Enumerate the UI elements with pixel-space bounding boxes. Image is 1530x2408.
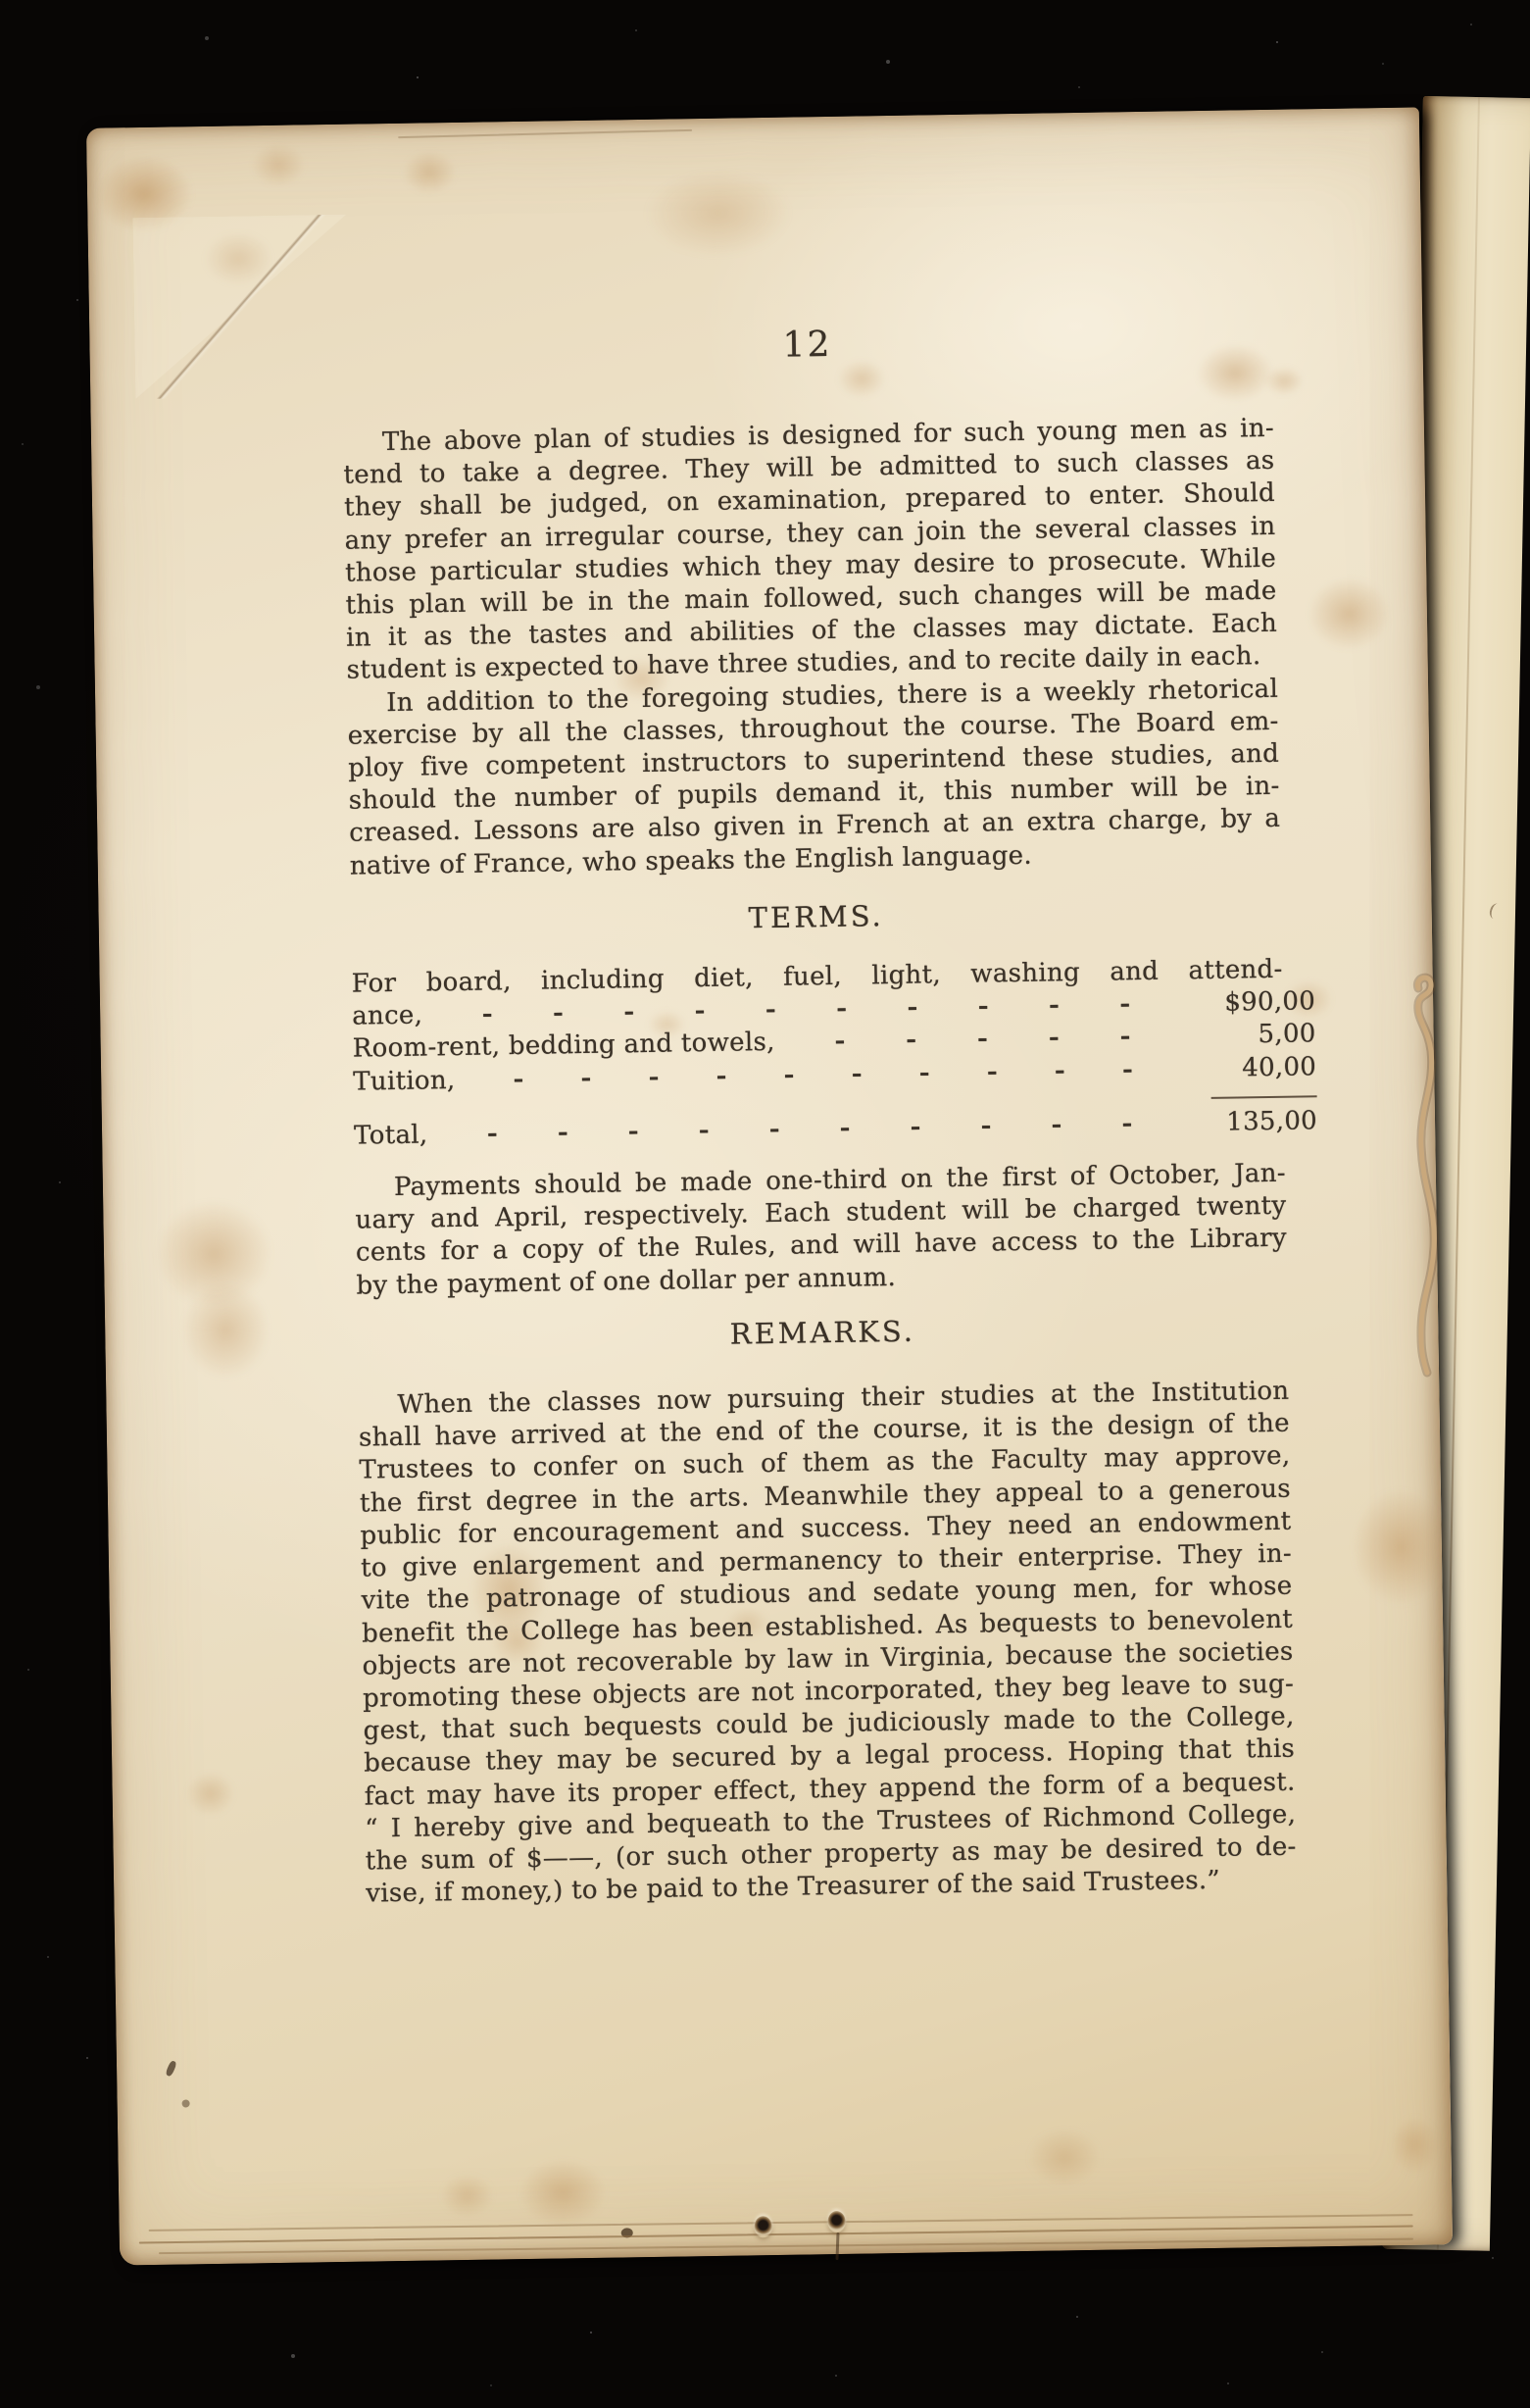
- foxing-stain: [1390, 2115, 1440, 2175]
- stitch-hole-tail: [835, 2232, 839, 2260]
- foxing-stain: [1351, 1487, 1451, 1607]
- foxing-stain: [251, 142, 306, 187]
- foxing-stain: [440, 2174, 495, 2219]
- leader-dash: -: [768, 1116, 780, 1143]
- terms-row-label: ance,: [352, 1000, 422, 1033]
- photograph-scene: 12 The above plan of studies is designed…: [0, 0, 1530, 2408]
- leader-dash: -: [987, 1058, 999, 1085]
- leader-dash: -: [716, 1063, 727, 1090]
- terms-row-label: Tuition,: [353, 1065, 456, 1099]
- terms-row-price: 135,00: [1188, 1105, 1318, 1139]
- leader-dash: -: [978, 993, 990, 1021]
- paragraph-additional-studies: In addition to the foregoing studies, th…: [347, 673, 1281, 882]
- leader-dash: -: [834, 1028, 846, 1056]
- page-content: 12 The above plan of studies is designed…: [341, 321, 1297, 1911]
- top-edge-crease: [398, 129, 692, 138]
- terms-row: Total,----------135,00: [354, 1105, 1317, 1153]
- leader-dash: -: [694, 998, 706, 1026]
- leader-dash: -: [1051, 1112, 1062, 1139]
- leader-dash: -: [852, 1061, 864, 1088]
- leader-dash: -: [623, 999, 635, 1027]
- leader-dash: -: [1119, 1024, 1131, 1051]
- stitch-hole: [754, 2216, 771, 2237]
- foxing-stain: [1307, 577, 1391, 651]
- leader-dash: -: [1122, 1056, 1134, 1083]
- foxing-stain: [180, 1280, 271, 1380]
- terms-row-price: 5,00: [1186, 1019, 1316, 1053]
- page-number: 12: [341, 321, 1272, 371]
- foxing-stain: [644, 169, 792, 259]
- corner-crease: [132, 215, 349, 399]
- stitch-hole: [827, 2211, 845, 2232]
- terms-total-row: Total,----------135,00: [354, 1105, 1317, 1153]
- remarks-heading: REMARKS.: [357, 1310, 1288, 1357]
- leader-dash: -: [648, 1064, 660, 1091]
- leader-dash: -: [906, 1028, 917, 1055]
- leader-dash: -: [836, 995, 848, 1023]
- foxing-stain: [154, 1199, 273, 1309]
- ink-fleck: [182, 2099, 190, 2107]
- leader-dash: -: [765, 997, 777, 1025]
- terms-table: For board, including diet, fuel, light, …: [351, 953, 1317, 1152]
- terms-row-price: $90,00: [1186, 985, 1316, 1020]
- paragraph-plan-of-studies: The above plan of studies is designed fo…: [343, 413, 1278, 688]
- leader-dash: -: [977, 1026, 989, 1053]
- leader-dash: -: [513, 1066, 524, 1093]
- leader-dash: -: [553, 1000, 565, 1028]
- book-page: 12 The above plan of studies is designed…: [86, 107, 1453, 2265]
- paragraph-remarks: When the classes now pursuing their stud…: [358, 1376, 1297, 1911]
- pen-mark: [1488, 902, 1504, 921]
- leader-dash: -: [839, 1115, 851, 1142]
- foxing-stain: [185, 1772, 235, 1817]
- leader-dash: -: [1121, 1111, 1133, 1138]
- dust-specks: [0, 0, 2, 2]
- terms-row-price: 40,00: [1187, 1051, 1317, 1085]
- leader-dash: -: [1055, 1057, 1066, 1084]
- leader-dash: -: [699, 1117, 711, 1144]
- leader-dash: -: [783, 1062, 795, 1089]
- leader-dash: -: [487, 1121, 499, 1148]
- leader-dash: -: [558, 1120, 569, 1147]
- total-rule: [1211, 1095, 1317, 1099]
- leader-dash: -: [910, 1114, 921, 1141]
- leader-dash: -: [580, 1065, 592, 1092]
- leader-dash: -: [628, 1118, 640, 1145]
- terms-heading: TERMS.: [350, 894, 1281, 941]
- leader-dash: -: [482, 1001, 494, 1028]
- foxing-stain: [1027, 2128, 1102, 2187]
- paragraph-payments: Payments should be made one-third on the…: [355, 1158, 1288, 1303]
- leader-dash: -: [1049, 1025, 1061, 1052]
- leader-dash: -: [907, 994, 918, 1022]
- leader-dash: -: [919, 1060, 931, 1087]
- leader-dash: -: [1119, 991, 1131, 1019]
- leader-dash: -: [980, 1113, 992, 1140]
- foxing-stain: [402, 150, 457, 195]
- foxing-stain: [518, 2158, 608, 2228]
- terms-row-label: Total,: [354, 1119, 428, 1152]
- terms-rows: ance,----------$90,00Room-rent, bedding …: [352, 985, 1316, 1098]
- ink-fleck: [165, 2060, 177, 2077]
- leader-dash: -: [1049, 992, 1061, 1020]
- dash-leader: ----------: [457, 1108, 1162, 1152]
